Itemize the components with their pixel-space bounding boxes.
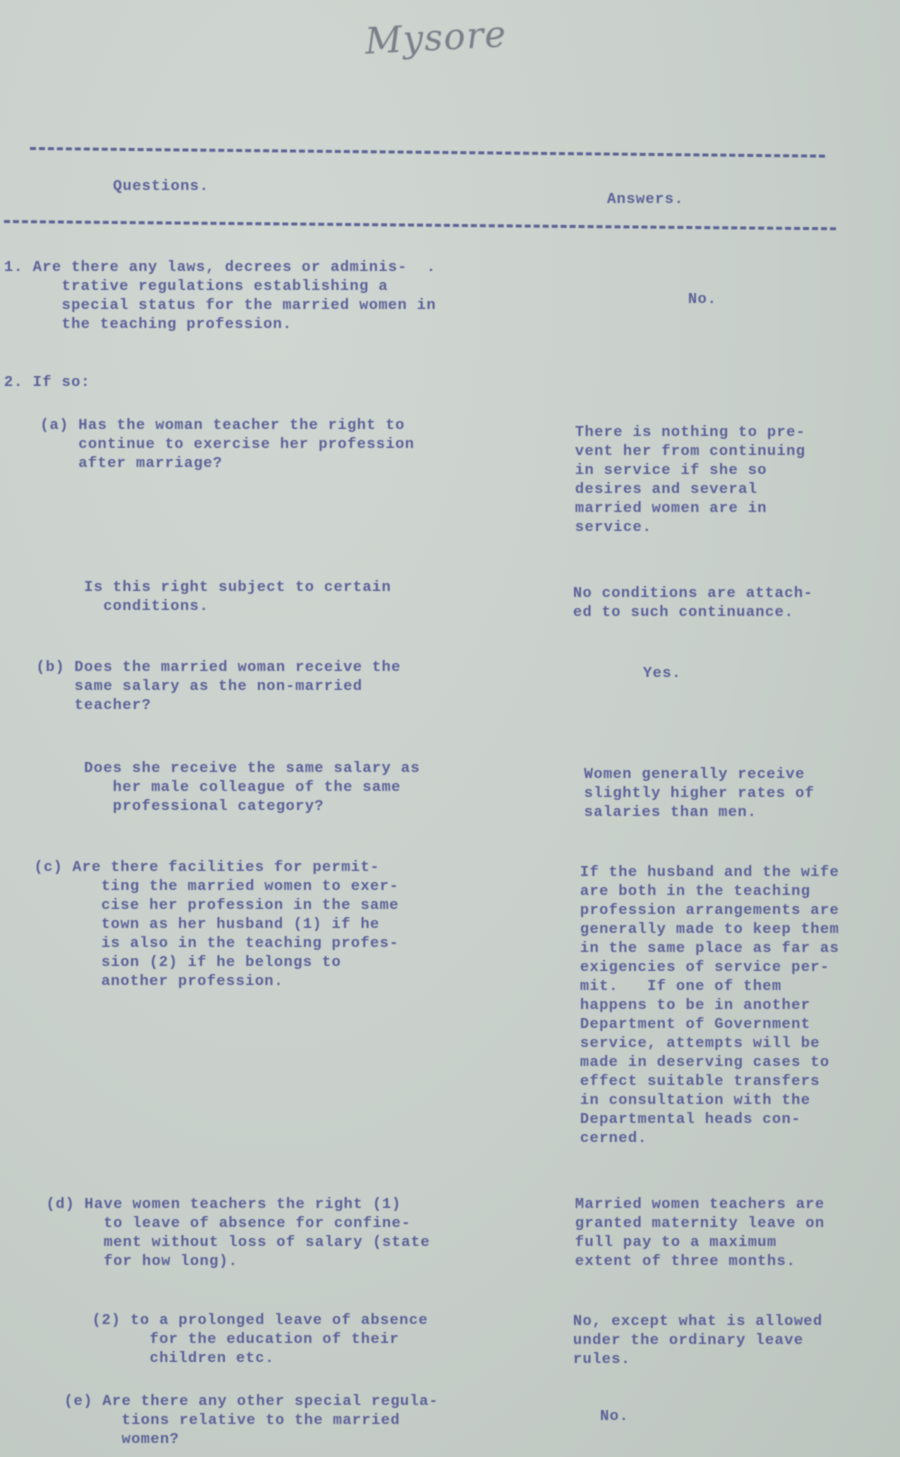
question-2c: (c) Are there facilities for permit- tin…: [34, 858, 399, 991]
answers-column-header: Answers.: [607, 190, 684, 209]
answer-2c: If the husband and the wife are both in …: [580, 863, 839, 1148]
answer-2d-2: No, except what is allowed under the ord…: [573, 1312, 823, 1369]
answer-2a-conditions: No conditions are attach- ed to such con…: [573, 584, 813, 622]
question-2b-male-colleague: Does she receive the same salary as her …: [84, 759, 420, 816]
answer-2b-male-colleague: Women generally receive slightly higher …: [584, 765, 814, 822]
question-2d-1: (d) Have women teachers the right (1) to…: [46, 1195, 430, 1271]
answer-1: No.: [688, 290, 717, 309]
question-1: 1. Are there any laws, decrees or admini…: [4, 258, 436, 334]
question-2a-conditions: Is this right subject to certain conditi…: [84, 578, 391, 616]
answer-2a: There is nothing to pre- vent her from c…: [575, 423, 805, 537]
answer-2b: Yes.: [643, 664, 681, 683]
answer-2e: No.: [600, 1407, 629, 1426]
question-2a: (a) Has the woman teacher the right to c…: [40, 416, 414, 473]
question-2e: (e) Are there any other special regula- …: [64, 1392, 438, 1449]
answer-2d-1: Married women teachers are granted mater…: [575, 1195, 825, 1271]
question-2b: (b) Does the married woman receive the s…: [36, 658, 401, 715]
header-bottom-dashed-rule: [4, 220, 836, 230]
question-2d-2: (2) to a prolonged leave of absence for …: [92, 1311, 428, 1368]
handwritten-title: Mysore: [364, 14, 508, 62]
top-dashed-rule: [30, 147, 825, 158]
question-2: 2. If so:: [4, 373, 90, 392]
questions-column-header: Questions.: [113, 177, 209, 196]
